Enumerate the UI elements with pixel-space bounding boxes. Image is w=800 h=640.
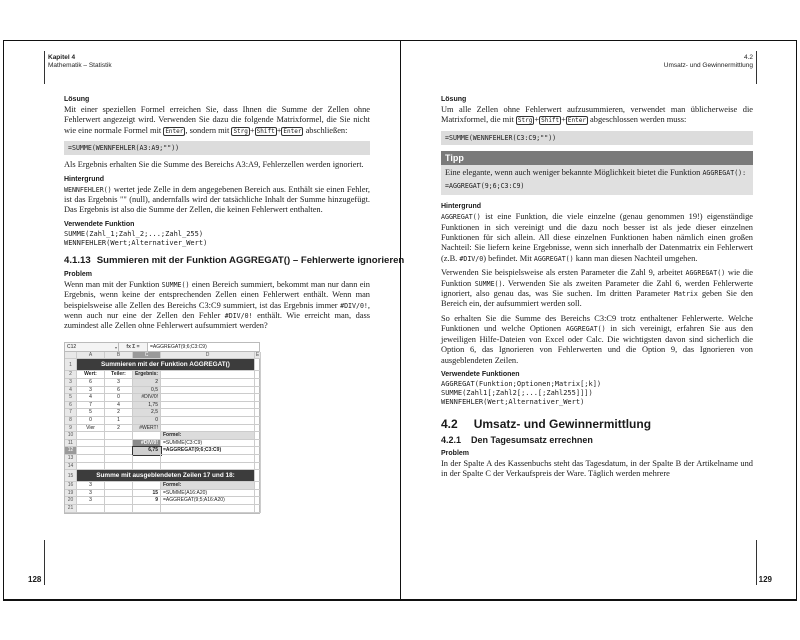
cell: Formel: [161,482,255,490]
inline-code: #DIV/0 [459,255,483,263]
text-run: ) befindet. Mit [483,254,534,263]
row-header: 21 [65,505,77,513]
chapter-section-heading: 4.2Umsatz- und Gewinnermittlung [441,417,753,431]
row-header: 9 [65,425,77,433]
cell [105,455,133,463]
function-line: SUMME(Zahl_1;Zahl_2;...;Zahl_255) [64,230,370,239]
loesung-text: Mit einer speziellen Formel erreichen Si… [64,105,370,137]
cell: 3 [77,482,105,490]
problem-heading: Problem [64,271,370,278]
cell [255,387,261,395]
running-head: Kapitel 4 Mathematik – Statistik [48,54,112,70]
text-run: abschließen: [306,126,348,135]
cell [255,394,261,402]
inline-code: #DIV/0! [340,302,368,310]
cell [105,505,133,513]
cell [133,432,161,440]
cell: =SUMME(A16:A20) [161,490,255,498]
loesung-heading: Lösung [64,96,370,103]
cell [77,447,105,455]
cell: 6 [105,387,133,395]
verwendete-funktionen-heading: Verwendete Funktionen [441,371,753,378]
row-header: 16 [65,482,77,490]
tip-heading: Tipp [441,151,753,165]
section-heading: 4.1.13Summieren mit der Funktion AGGREGA… [64,255,370,266]
cell [255,417,261,425]
row-header: 13 [65,455,77,463]
running-head-title: Mathematik – Statistik [48,62,112,70]
cell [133,505,161,513]
cell [105,447,133,455]
cell: 3 [77,497,105,505]
cell [133,482,161,490]
cell [255,463,261,471]
cell: 7 [77,402,105,410]
section-title: Umsatz- und Gewinnermittlung [474,417,651,431]
result-text: Als Ergebnis erhalten Sie die Summe des … [64,160,370,170]
cell: 9 [133,497,161,505]
verwendete-funktion-heading: Verwendete Funktion [64,221,370,228]
cell: 15 [133,490,161,498]
inline-code: AGGREGAT() [441,213,481,221]
cell [161,425,255,433]
cell [255,409,261,417]
cell: 6 [77,379,105,387]
text-run: abgeschlossen werden muss: [590,115,686,124]
row-header: 11 [65,440,77,448]
cell [161,505,255,513]
formula-input: =AGGREGAT(9;6;C3:C9) [147,343,259,351]
code-block: =SUMME(WENNFEHLER(C3:C9;"")) [441,131,753,145]
cell [255,447,261,455]
cell [161,455,255,463]
inline-code: Matrix [674,290,698,298]
tip-code: =AGGREGAT(9;6;C3:C9) [445,182,749,190]
cell [255,402,261,410]
running-head-rule [756,51,757,84]
text-run: Wenn man mit der Funktion [64,280,162,289]
hintergrund-paragraph-2: Verwenden Sie beispielsweise als ersten … [441,268,753,310]
cell [255,490,261,498]
function-line: WENNFEHLER(Wert;Alternativer_Wert) [64,239,370,248]
cell: 2 [105,409,133,417]
cell [255,379,261,387]
cell: Formel: [161,432,255,440]
sheet-data-rows: 36324360,5540#DIV/0!6741,757522,580109Vi… [65,379,259,432]
cell: 3 [77,490,105,498]
cell: 1,75 [133,402,161,410]
chevron-down-icon: ▾ [115,343,117,352]
cell [255,371,261,379]
cell: 1 [105,417,133,425]
cell [255,432,261,440]
cell: 4 [105,402,133,410]
cell [77,455,105,463]
page-number-rule [44,540,45,585]
cell: 0,5 [133,387,161,395]
row-header: 7 [65,409,77,417]
sheet-grid-lower: 10 Formel: 11 #DIV/0! =SUMME(C3:C9) 12 6… [65,432,259,512]
cell: Vier [77,425,105,433]
inline-code: #DIV/0! [225,312,253,320]
section-title: Summieren mit der Funktion AGGREGAT() – … [97,255,405,266]
cell: 5 [77,409,105,417]
row-header: 14 [65,463,77,471]
cell: 0 [133,417,161,425]
cell [161,394,255,402]
code-block: =SUMME(WENNFEHLER(A3:A9;"")) [64,141,370,155]
running-head-rule [44,51,45,84]
tip-box: Tipp Eine elegante, wenn auch weniger be… [441,151,753,195]
cell [255,505,261,513]
key-strg: Strg [231,127,249,136]
problem-heading: Problem [441,450,753,457]
plus-sign: + [250,126,255,135]
key-enter: Enter [281,127,303,136]
cell: =AGGREGAT(9;6;C3:C9) [161,447,255,455]
cell: =SUMME(C3:C9) [161,440,255,448]
cell [161,371,255,379]
formula-bar: C12▾ fx Σ = =AGGREGAT(9;6;C3:C9) [65,343,259,352]
row-header: 15 [65,470,77,482]
cell [105,497,133,505]
section-number: 4.2 [441,417,458,431]
cell: 2 [105,425,133,433]
row-header: 10 [65,432,77,440]
text-run: kann man diesen Nachteil umgehen. [574,254,698,263]
cell [77,432,105,440]
cell: Teiler: [105,371,133,379]
page-number: 129 [759,575,772,584]
function-wizard-icons: fx Σ = [119,344,147,350]
hintergrund-paragraph-3: So erhalten Sie die Summe des Bereichs C… [441,314,753,366]
inline-code: WENNFEHLER() [64,186,112,194]
inline-code: AGGREGAT() [566,325,606,333]
inline-code: AGGREGAT(): [702,169,746,177]
text-run: Eine elegante, wenn auch weniger bekannt… [445,168,702,177]
column-header: A [77,352,105,360]
cell [161,417,255,425]
sheet-grid: A B C D E 1 Summieren mit der Funktion A… [65,352,259,379]
cell: 2,5 [133,409,161,417]
cell [161,409,255,417]
section-number: 4.1.13 [64,255,91,266]
name-box-value: C12 [67,344,76,350]
row-header: 19 [65,490,77,498]
cell [105,440,133,448]
cell: 0 [77,417,105,425]
cell: 2 [133,379,161,387]
running-head-section: 4.2 [664,54,753,62]
cell: Ergebnis: [133,371,161,379]
row-header: 5 [65,394,77,402]
sheet-title-cell: Summieren mit der Funktion AGGREGAT() [77,359,255,371]
cell [161,379,255,387]
cell [77,463,105,471]
row-header: 2 [65,371,77,379]
inline-code: SUMME() [162,281,190,289]
cell [161,387,255,395]
page-number-rule [756,540,757,585]
cell: Wert: [77,371,105,379]
cell [105,463,133,471]
inline-code: AGGREGAT() [534,255,574,263]
running-head-title: Umsatz- und Gewinnermittlung [664,62,753,70]
cell [161,402,255,410]
problem-text: In der Spalte A des Kassenbuchs steht da… [441,459,753,480]
left-page-content: Lösung Mit einer speziellen Formel errei… [64,91,370,514]
cell: #DIV/0! [133,394,161,402]
tip-body: Eine elegante, wenn auch weniger bekannt… [441,165,753,195]
row-header: 8 [65,417,77,425]
cell [105,490,133,498]
hintergrund-heading: Hintergrund [441,203,753,210]
row-header: 6 [65,402,77,410]
page-129: 4.2 Umsatz- und Gewinnermittlung Lösung … [401,41,797,599]
cell [255,482,261,490]
function-list: AGGREGAT(Funktion;Optionen;Matrix[;k]) S… [441,380,753,407]
cell [161,463,255,471]
row-header: 1 [65,359,77,371]
loesung-text: Um alle Zellen ohne Fehlerwert aufzusumm… [441,105,753,127]
cell [105,432,133,440]
tip-text: Eine elegante, wenn auch weniger bekannt… [445,168,749,178]
function-line: SUMME(Zahl1[;Zahl2[;...[;Zahl255]]]) [441,389,753,398]
cell [255,497,261,505]
cell [255,425,261,433]
key-shift: Shift [255,127,277,136]
cell: 3 [77,387,105,395]
selected-cell: 6,75 [133,447,161,455]
function-list: SUMME(Zahl_1;Zahl_2;...;Zahl_255) WENNFE… [64,230,370,248]
running-head: 4.2 Umsatz- und Gewinnermittlung [664,54,753,70]
cell: 0 [105,394,133,402]
cell [255,440,261,448]
row-header: 20 [65,497,77,505]
hintergrund-paragraph-1: AGGREGAT() ist eine Funktion, die viele … [441,212,753,264]
cell [133,463,161,471]
running-head-chapter: Kapitel 4 [48,54,112,62]
cell [133,455,161,463]
row-header: 3 [65,379,77,387]
cell: #DIV/0! [133,440,161,448]
cell [255,470,261,482]
cell [77,505,105,513]
row-header: 4 [65,387,77,395]
cell [105,482,133,490]
row-header: 12 [65,447,77,455]
cell [255,455,261,463]
cell: =AGGREGAT(9;5;A16:A20) [161,497,255,505]
key-enter: Enter [163,127,185,136]
cell [77,440,105,448]
hintergrund-text: WENNFEHLER() wertet jede Zelle in dem an… [64,185,370,216]
problem-text: Wenn man mit der Funktion SUMME() einen … [64,280,370,332]
name-box: C12▾ [65,343,119,351]
text-run: Verwenden Sie beispielsweise als ersten … [441,268,685,277]
subsection-title: Den Tagesumsatz errechnen [471,435,593,445]
column-header: C [133,352,161,360]
key-strg: Strg [516,116,534,125]
subsection-number: 4.2.1 [441,435,461,445]
cell: 4 [77,394,105,402]
cell: 3 [105,379,133,387]
spreadsheet-figure: C12▾ fx Σ = =AGGREGAT(9;6;C3:C9) A B C D… [64,342,260,514]
key-shift: Shift [539,116,561,125]
function-line: WENNFEHLER(Wert;Alternativer_Wert) [441,398,753,407]
column-header: D [161,352,255,360]
loesung-heading: Lösung [441,96,753,103]
inline-code: AGGREGAT() [685,269,725,277]
corner-cell [65,352,77,360]
text-run: , sondern mit [185,126,229,135]
function-line: AGGREGAT(Funktion;Optionen;Matrix[;k]) [441,380,753,389]
cell: #WERT! [133,425,161,433]
column-header: E [255,352,261,360]
page-128: Kapitel 4 Mathematik – Statistik Lösung … [4,41,400,599]
key-enter: Enter [566,116,588,125]
inline-code: SUMME() [475,280,503,288]
subsection-heading: 4.2.1Den Tagesumsatz errechnen [441,435,753,445]
right-page-content: Lösung Um alle Zellen ohne Fehlerwert au… [441,91,753,484]
cell [255,359,261,371]
column-header: B [105,352,133,360]
page-number: 128 [28,575,41,584]
hintergrund-heading: Hintergrund [64,176,370,183]
sheet-title-cell: Summe mit ausgeblendeten Zeilen 17 und 1… [77,470,255,482]
